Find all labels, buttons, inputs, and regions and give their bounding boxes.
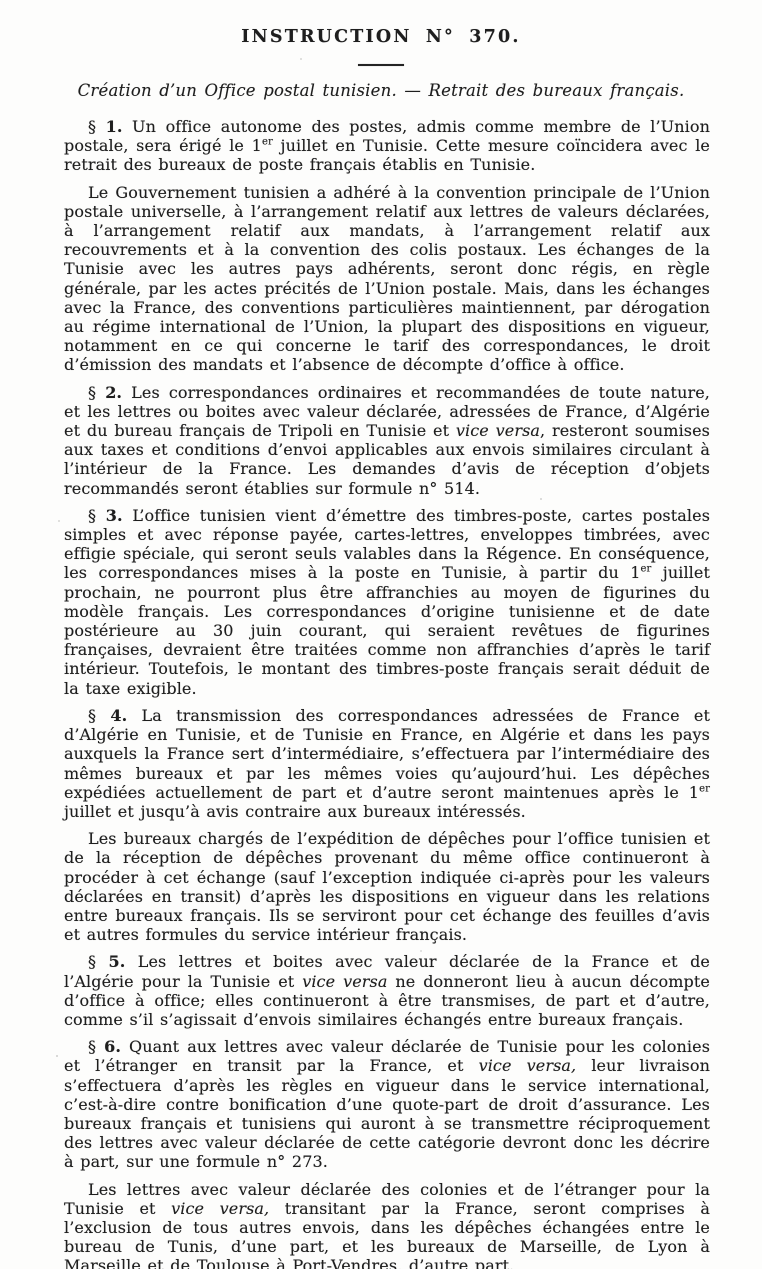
paragraph: § 6. Quant aux lettres avec valeur décla…	[64, 1037, 710, 1171]
paragraph: § 4. La transmission des correspondances…	[64, 706, 710, 821]
text-run: Les bureaux chargés de l’expédition de d…	[64, 829, 710, 944]
italic-text-run: vice versa	[456, 421, 540, 440]
document-subtitle: Création d’un Office postal tunisien. — …	[0, 81, 762, 100]
text-run: Le Gouvernement tunisien a adhéré à la c…	[64, 183, 710, 375]
section-number: 2.	[105, 383, 122, 402]
text-run: La transmission des correspondances adre…	[64, 706, 710, 802]
scan-noise-specks	[0, 0, 2, 2]
paragraph: § 1. Un office autonome des postes, admi…	[64, 117, 710, 175]
superscript-run: er	[641, 564, 652, 575]
superscript-run: er	[699, 783, 710, 794]
text-run: L’office tunisien vient d’émettre des ti…	[64, 506, 710, 583]
superscript-run: er	[262, 137, 273, 148]
section-number: 5.	[108, 952, 125, 971]
text-run: §	[88, 1037, 104, 1056]
section-number: 1.	[106, 117, 123, 136]
text-run: §	[88, 952, 108, 971]
section-number: 3.	[106, 506, 123, 525]
section-number: 6.	[104, 1037, 121, 1056]
paragraph: § 2. Les correspondances ordinaires et r…	[64, 383, 710, 498]
section-number: 4.	[110, 706, 127, 725]
page-title: INSTRUCTION N° 370.	[0, 27, 762, 47]
text-run: §	[88, 706, 110, 725]
document-header: INSTRUCTION N° 370. Création d’un Office…	[0, 0, 762, 100]
paragraph: Les bureaux chargés de l’expédition de d…	[64, 829, 710, 944]
title-separator-rule	[358, 64, 404, 66]
italic-text-run: vice versa,	[479, 1056, 577, 1075]
italic-text-run: vice versa	[302, 972, 387, 991]
text-run: juillet et jusqu’à avis contraire aux bu…	[64, 802, 526, 821]
text-run: §	[88, 383, 105, 402]
document-page: INSTRUCTION N° 370. Création d’un Office…	[0, 0, 762, 1269]
paragraph: Le Gouvernement tunisien a adhéré à la c…	[64, 183, 710, 375]
paragraph: § 5. Les lettres et boites avec valeur d…	[64, 952, 710, 1029]
paragraph: Les lettres avec valeur déclarée des col…	[64, 1180, 710, 1269]
text-run: juillet prochain, ne pourront plus être …	[64, 563, 710, 697]
paragraph: § 3. L’office tunisien vient d’émettre d…	[64, 506, 710, 698]
italic-text-run: vice versa,	[171, 1199, 269, 1218]
document-body: § 1. Un office autonome des postes, admi…	[64, 117, 710, 1269]
text-run: §	[88, 506, 106, 525]
text-run: §	[88, 117, 106, 136]
